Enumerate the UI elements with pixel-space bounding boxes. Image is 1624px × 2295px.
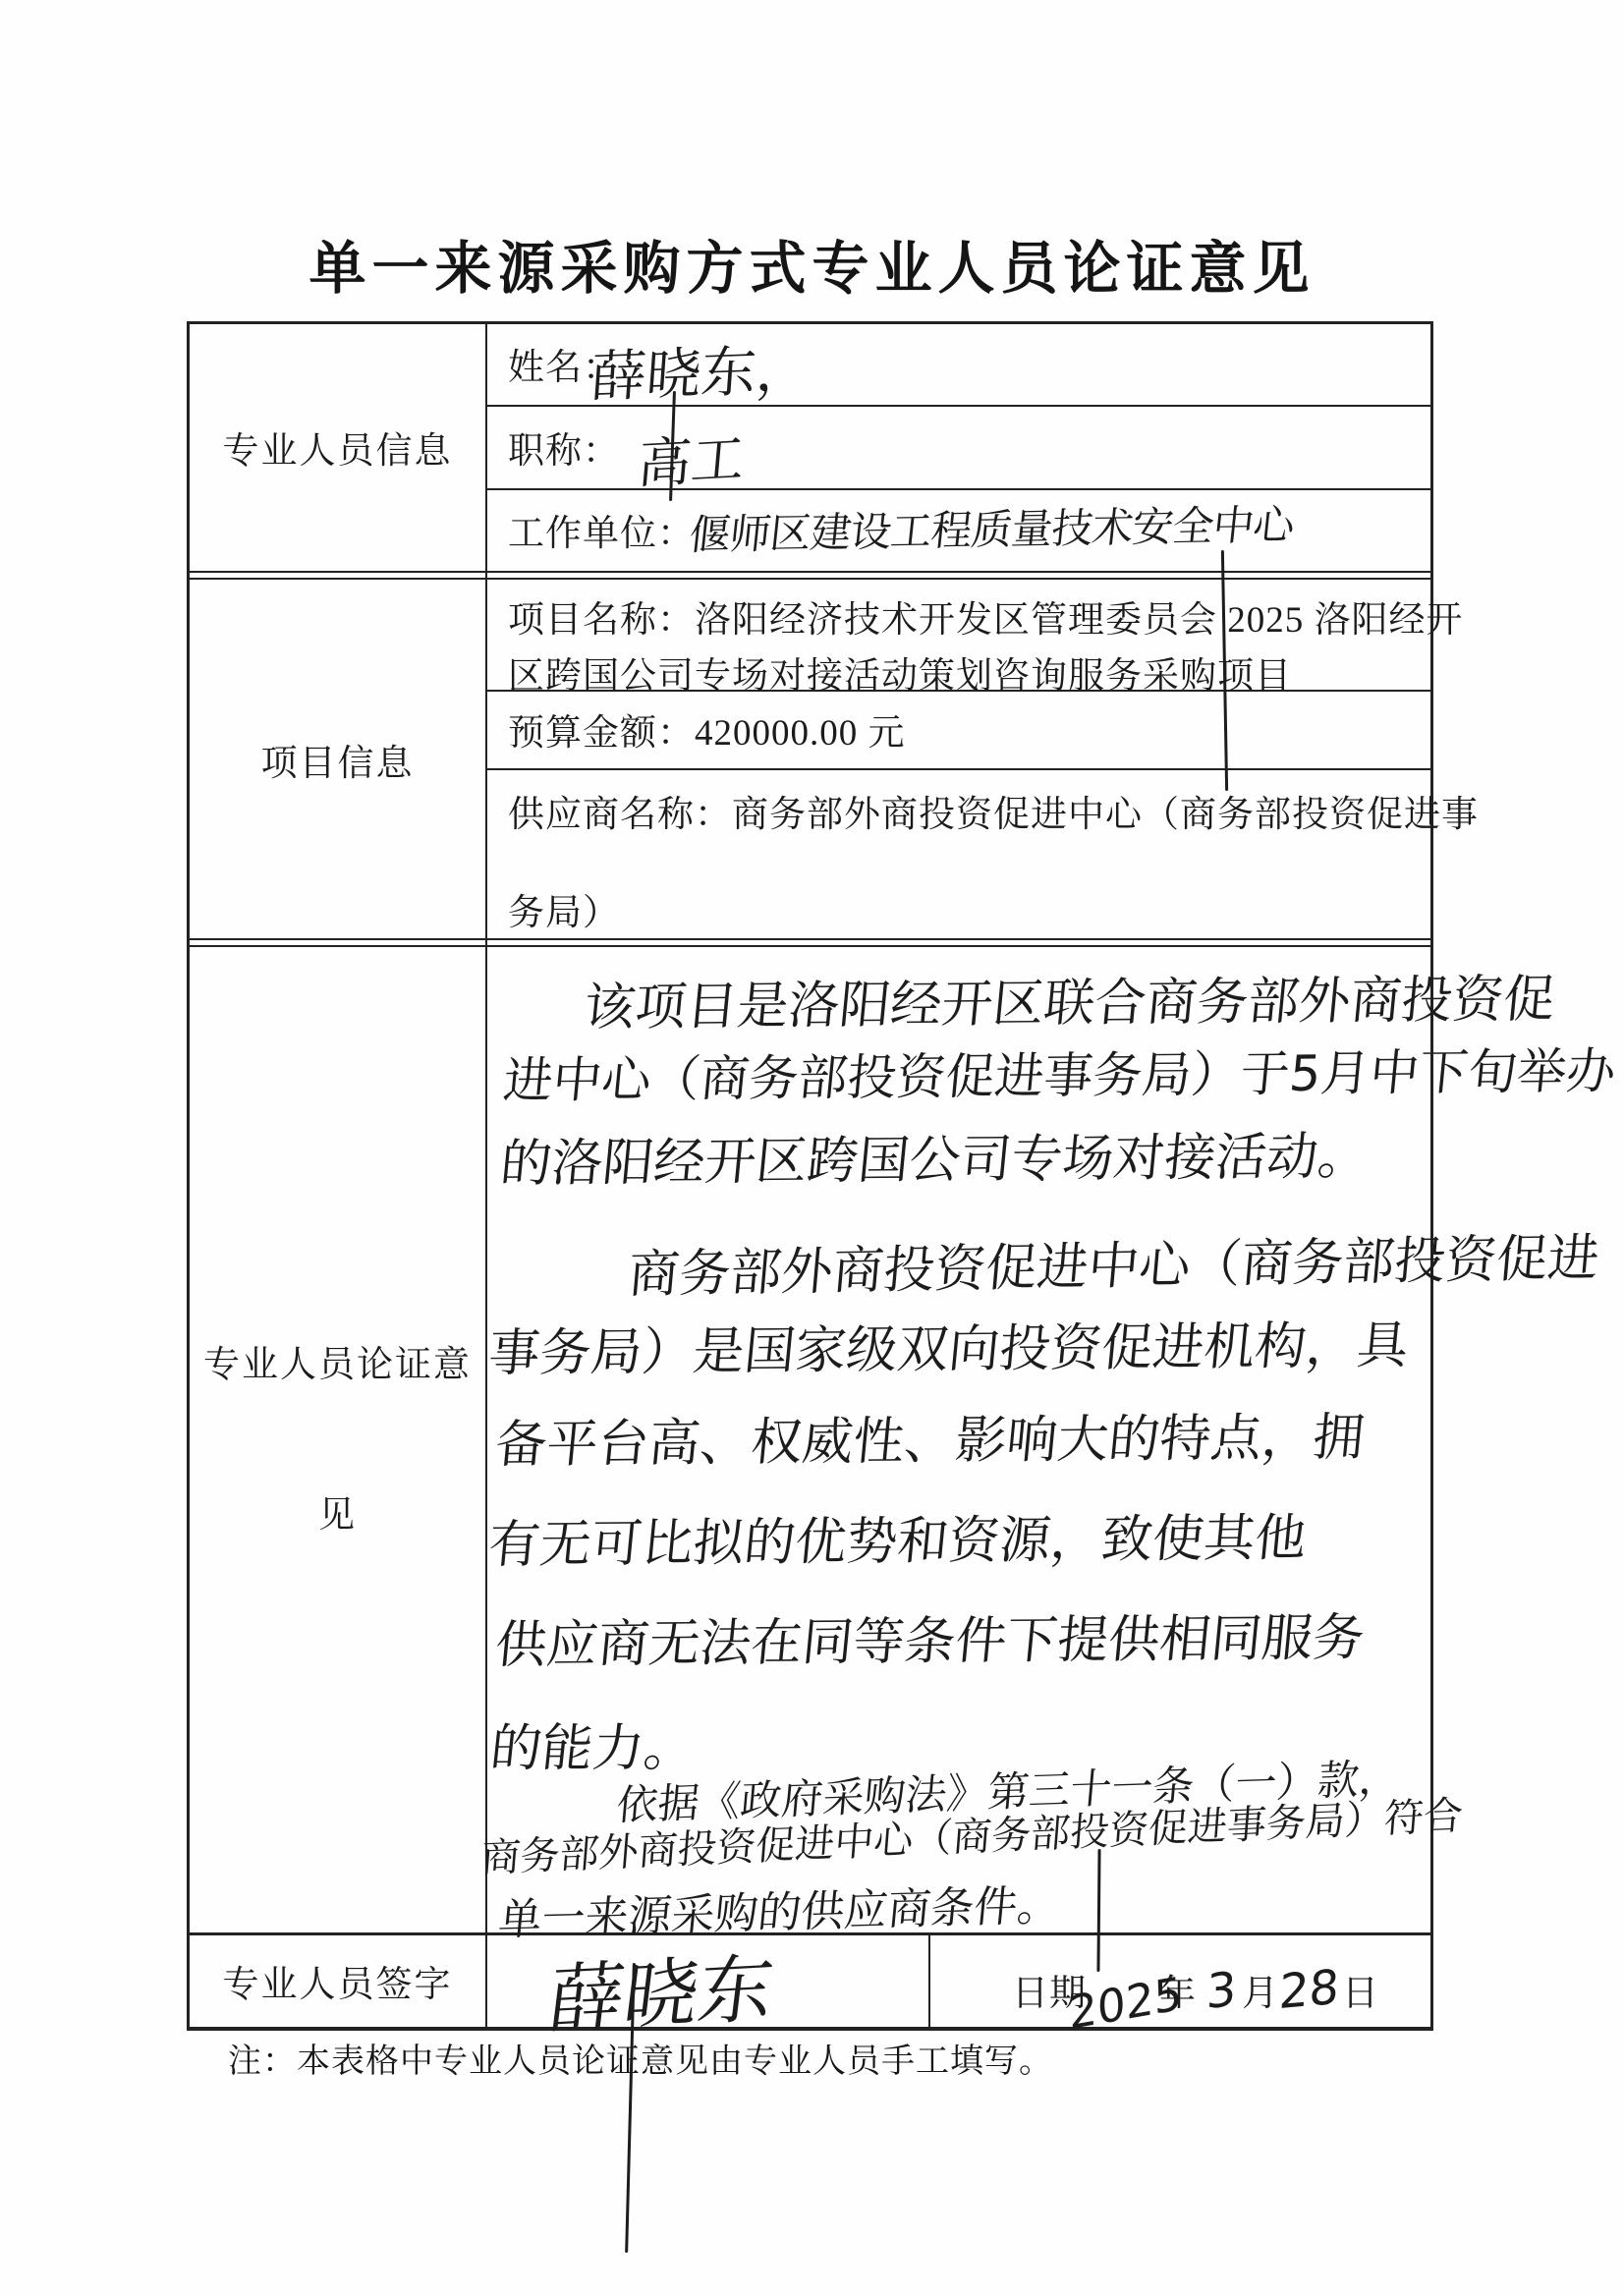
signature-label: 专业人员签字 bbox=[190, 1934, 485, 2027]
pen-stroke-artifact bbox=[1096, 1849, 1100, 1972]
project-section-label: 项目信息 bbox=[190, 580, 485, 938]
project-name-label: 项目名称： bbox=[508, 600, 695, 641]
name-handwritten-value: 薛晓东， bbox=[588, 326, 813, 413]
day-suffix: 日 bbox=[1342, 1963, 1379, 2016]
section-divider bbox=[187, 571, 1433, 573]
personnel-section-label: 专业人员信息 bbox=[190, 323, 485, 571]
opinion-section-label: 专业人员论证意 见 bbox=[190, 947, 485, 1932]
opinion-line: 有无可比拟的优势和资源，致使其他 bbox=[485, 1496, 1310, 1577]
opinion-line: 单一来源采购的供应商条件。 bbox=[496, 1870, 1064, 1947]
supplier-label: 供应商名称： bbox=[508, 795, 732, 835]
project-name-line1: 项目名称：洛阳经济技术开发区管理委员会 2025 洛阳经开 bbox=[508, 589, 1464, 643]
budget-value: 420000.00 元 bbox=[695, 702, 906, 756]
opinion-line: 进中心（商务部投资促进事务局）于5月中下旬举办 bbox=[501, 1032, 1620, 1112]
scanned-form-page: 单一来源采购方式专业人员论证意见 专业人员信息 项目信息 专业人员论证意 见 专… bbox=[0, 0, 1624, 2295]
opinion-line: 商务部外商投资促进中心（商务部投资促进 bbox=[626, 1216, 1602, 1307]
opinion-line: 的能力。 bbox=[487, 1707, 700, 1780]
month-suffix: 月 bbox=[1242, 1963, 1279, 2016]
supplier-value-line1: 商务部外商投资促进中心（商务部投资促进事 bbox=[732, 795, 1479, 835]
date-day-handwritten: 28 bbox=[1278, 1959, 1341, 2020]
work-unit-handwritten-value: 偃师区建设工程质量技术安全中心 bbox=[687, 492, 1297, 562]
opinion-line: 该项目是洛阳经开区联合商务部外商投资促 bbox=[581, 957, 1558, 1039]
opinion-line: 事务局）是国家级双向投资促进机构，具 bbox=[485, 1304, 1412, 1385]
date-month-handwritten: 3 bbox=[1205, 1962, 1237, 2021]
opinion-line: 的洛阳经开区跨国公司专场对接活动。 bbox=[497, 1114, 1372, 1196]
footnote: 注：本表格中专业人员论证意见由专业人员手工填写。 bbox=[228, 2034, 1053, 2082]
supplier-line1: 供应商名称：商务部外商投资促进中心（商务部投资促进事 bbox=[508, 784, 1479, 837]
budget-label: 预算金额： bbox=[508, 702, 695, 756]
page-title: 单一来源采购方式专业人员论证意见 bbox=[0, 222, 1624, 305]
signature-date-divider bbox=[928, 1932, 930, 2030]
row-divider bbox=[485, 768, 1433, 770]
table-border-bottom bbox=[187, 2027, 1433, 2031]
section-divider bbox=[187, 938, 1433, 940]
opinion-line: 供应商无法在同等条件下提供相同服务 bbox=[492, 1595, 1368, 1677]
project-name-value-line1: 洛阳经济技术开发区管理委员会 2025 洛阳经开 bbox=[695, 600, 1464, 641]
year-suffix: 年 bbox=[1159, 1963, 1197, 2016]
opinion-line: 备平台高、权威性、影响大的特点，拥 bbox=[492, 1395, 1368, 1477]
job-title-handwritten-value: 高工 bbox=[636, 417, 749, 498]
signature-handwritten: 薛晓东 bbox=[543, 1929, 780, 2048]
opinion-section-label-line1: 专业人员论证意 bbox=[203, 1290, 472, 1440]
budget-row: 预算金额：420000.00 元 bbox=[508, 690, 1392, 768]
opinion-section-label-line2: 见 bbox=[318, 1440, 357, 1591]
supplier-value-line2: 务局） bbox=[508, 882, 620, 935]
table-border-right bbox=[1430, 321, 1433, 2031]
